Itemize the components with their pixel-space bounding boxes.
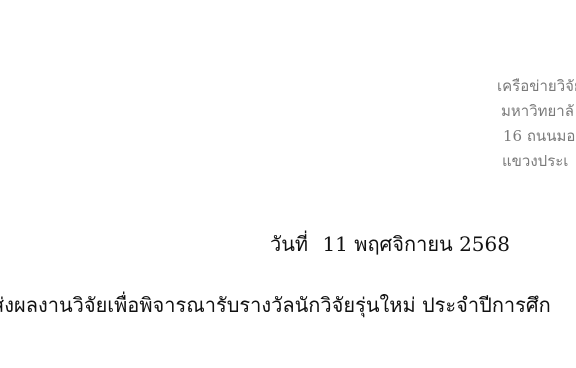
date-label: วันที่ (270, 232, 308, 256)
sender-address-block: เครือข่ายวิจัย มหาวิทยาลั 16 ถนนมอ แขวงป… (497, 74, 576, 174)
date-month: พฤศจิกายน (354, 232, 452, 256)
date-line: วันที่ 11 พฤศจิกายน 2568 (270, 230, 510, 258)
address-line-university: มหาวิทยาลั (501, 99, 576, 124)
subject-line: ส่งผลงานวิจัยเพื่อพิจารณารับรางวัลนักวิจ… (0, 290, 551, 320)
address-line-organization: เครือข่ายวิจัย (497, 74, 576, 99)
address-line-street: 16 ถนนมอ (503, 124, 576, 149)
document-page: เครือข่ายวิจัย มหาวิทยาลั 16 ถนนมอ แขวงป… (0, 0, 576, 368)
date-year: 2568 (459, 232, 510, 256)
address-line-district: แขวงประเ (502, 149, 576, 174)
date-day: 11 (322, 232, 347, 256)
